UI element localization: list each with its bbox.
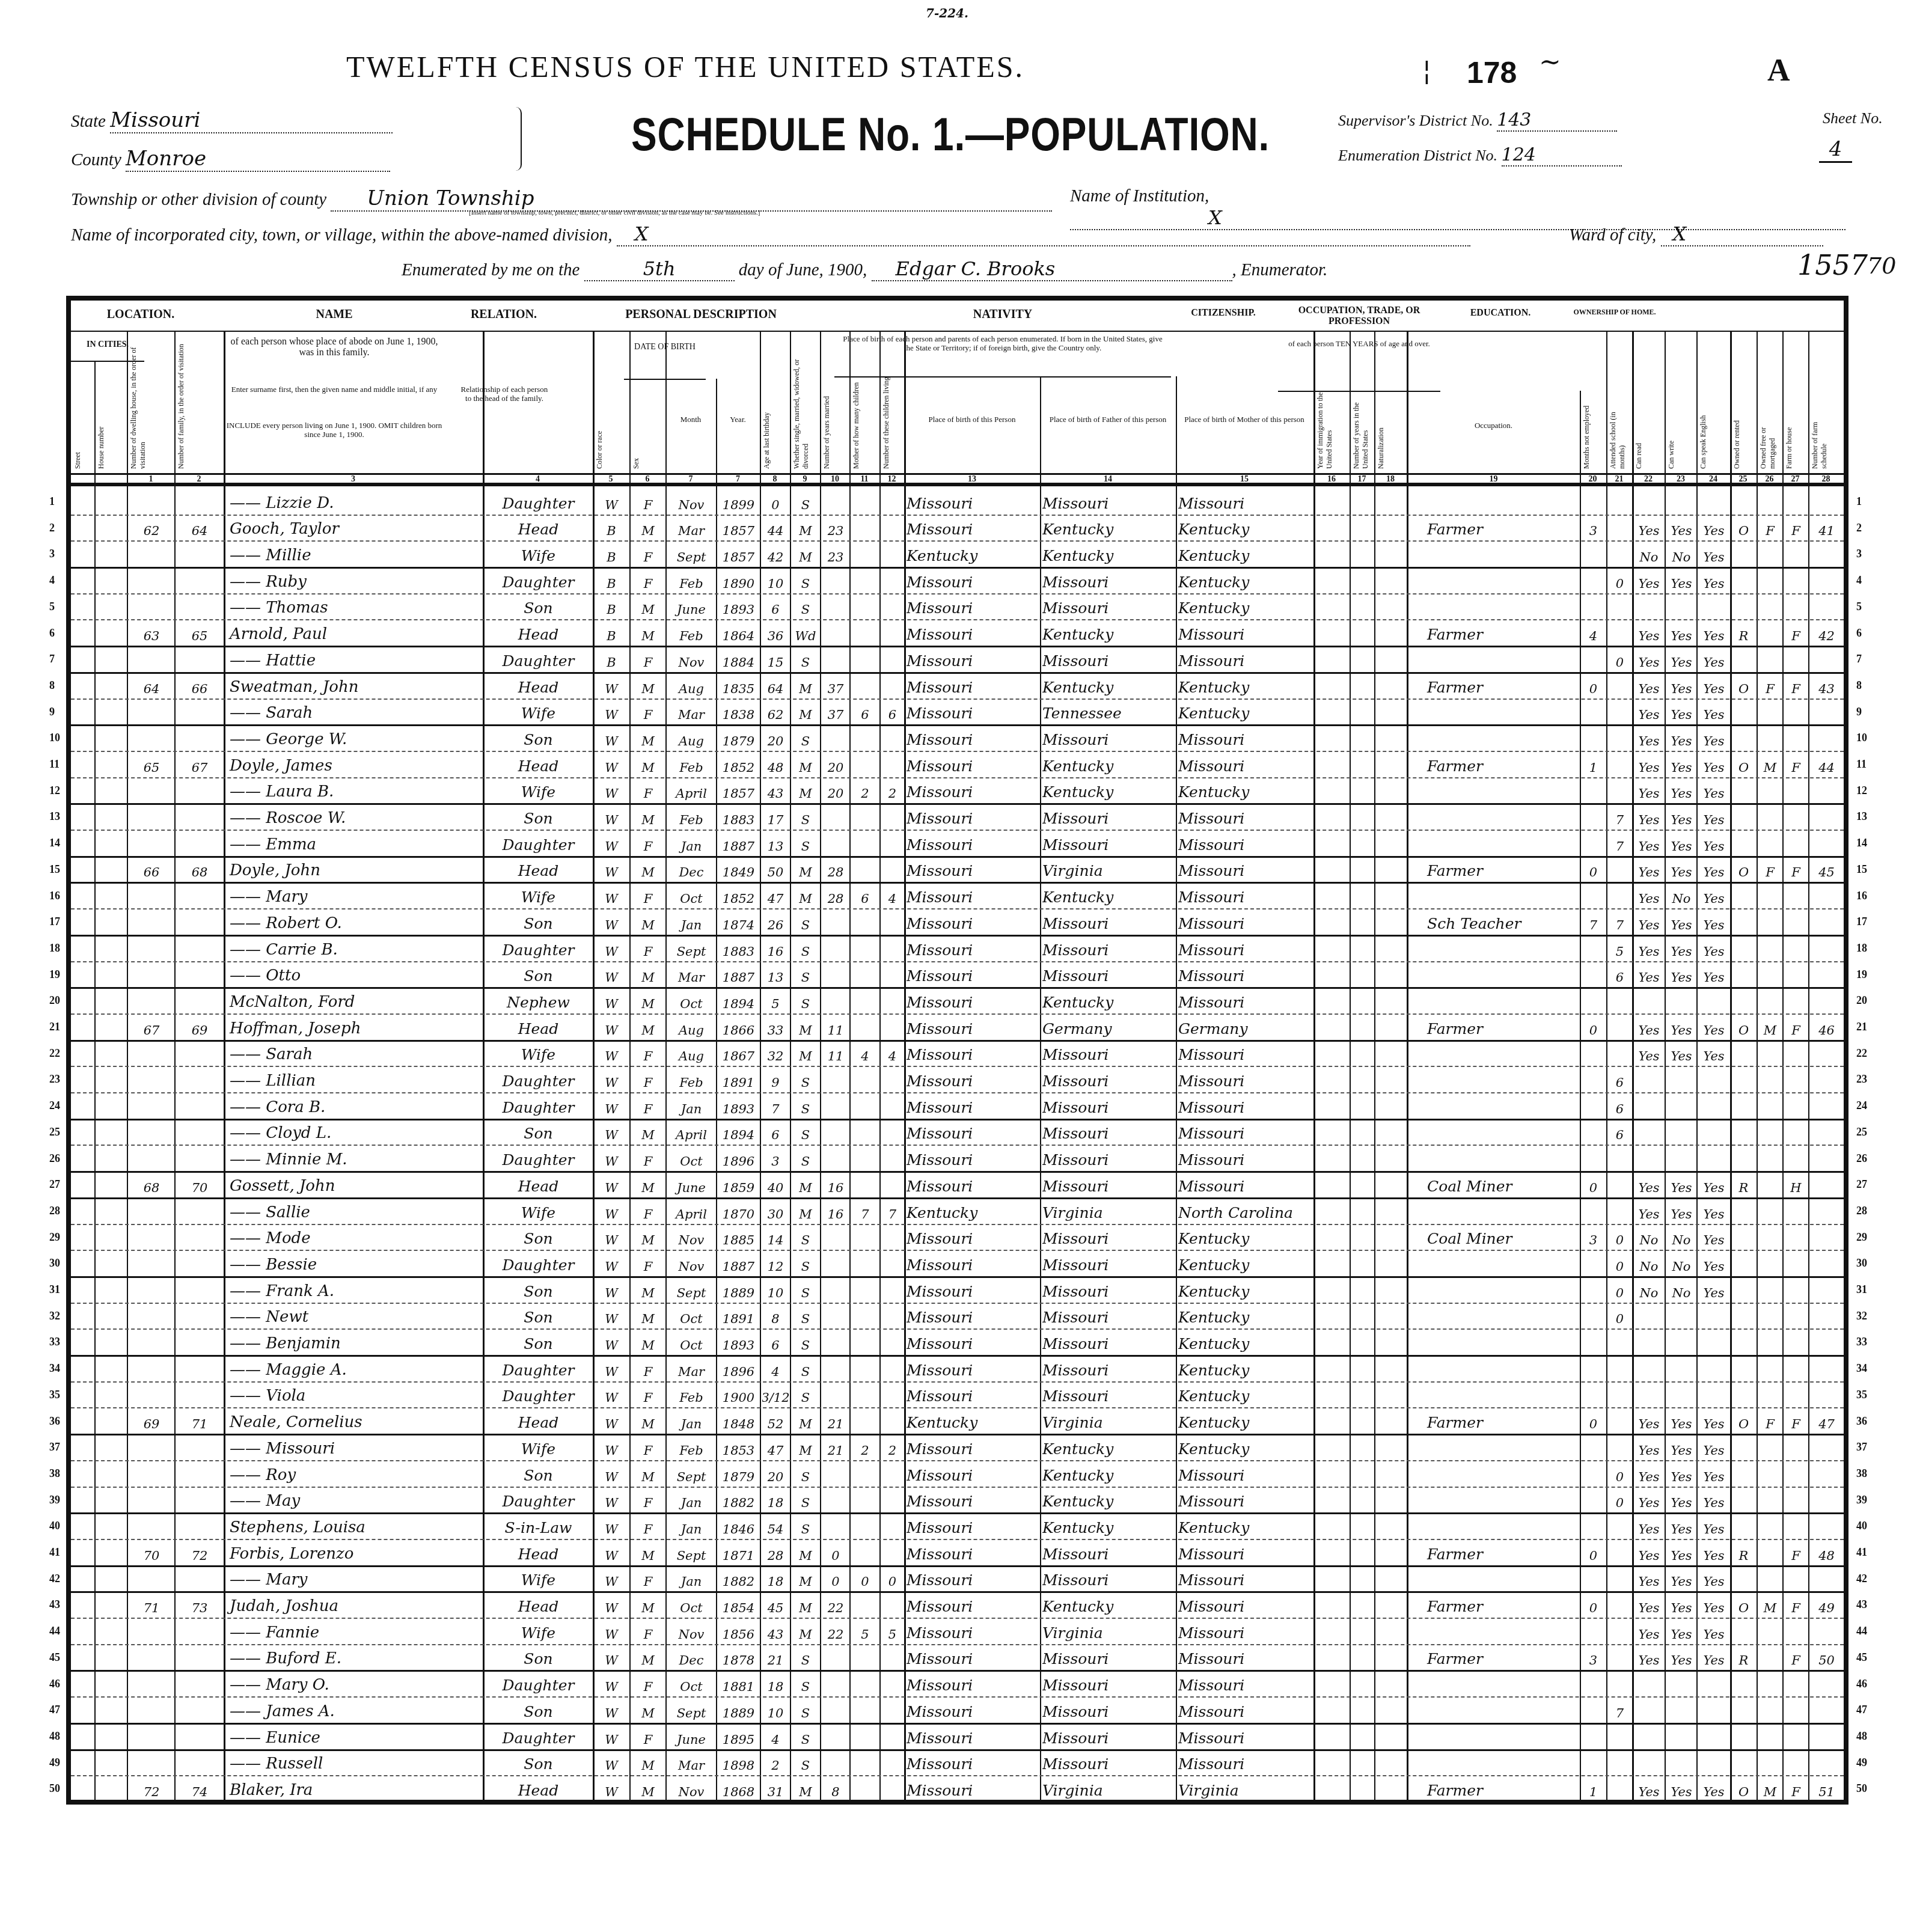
cell-wr: Yes — [1667, 1040, 1696, 1066]
cell-age: 43 — [762, 777, 789, 804]
cell-ms: S — [792, 830, 819, 856]
cell-rel: Wife — [485, 777, 592, 804]
cell-ym — [822, 1487, 849, 1513]
cell-pb: Missouri — [907, 488, 1039, 515]
cell-yus — [1352, 1040, 1373, 1066]
line-number-right: 24 — [1856, 1099, 1867, 1112]
line-number-right: 13 — [1856, 810, 1867, 823]
cell-pb: Missouri — [907, 1381, 1039, 1408]
cell-mon: Jan — [668, 1512, 715, 1539]
cell-age: 62 — [762, 699, 789, 725]
cell-yus — [1352, 1303, 1373, 1329]
cell-dw — [129, 1381, 174, 1408]
cell-pb: Missouri — [907, 1119, 1039, 1145]
cell-fam — [177, 1224, 222, 1250]
cell-nat — [1377, 1119, 1405, 1145]
cell-mon: Oct — [668, 1671, 715, 1697]
cell-occ — [1409, 646, 1579, 672]
cell-rd — [1634, 1723, 1663, 1749]
cell-occ — [1409, 777, 1579, 804]
cell-ms: S — [792, 488, 819, 515]
cell-pb: Missouri — [907, 515, 1039, 541]
cell-sch — [1609, 515, 1631, 541]
group-education: EDUCATION. — [1440, 308, 1561, 319]
cell-mon: Jan — [668, 908, 715, 935]
cell-sex: F — [632, 1512, 664, 1539]
cell-fb: Missouri — [1042, 1224, 1175, 1250]
cell-nat — [1377, 1224, 1405, 1250]
cell-mb: Missouri — [1178, 1487, 1312, 1513]
line-number-right: 6 — [1856, 627, 1862, 640]
cell-pb: Missouri — [907, 1171, 1039, 1197]
cell-pb: Missouri — [907, 751, 1039, 777]
cell-yr: 1889 — [718, 1276, 759, 1303]
cell-mon: Nov — [668, 1775, 715, 1802]
cell-fb: Missouri — [1042, 1355, 1175, 1381]
cell-rd: Yes — [1634, 856, 1663, 882]
cell-sch: 6 — [1609, 1092, 1631, 1119]
line-number-left: 2 — [49, 522, 55, 534]
cell-occ — [1409, 567, 1579, 593]
cell-race: W — [595, 488, 628, 515]
cell-yr: 1893 — [718, 1092, 759, 1119]
cell-fam — [177, 1723, 222, 1749]
cell-nat — [1377, 646, 1405, 672]
cell-mc — [852, 540, 878, 567]
cell-fb: Tennessee — [1042, 699, 1175, 725]
cell-fam — [177, 646, 222, 672]
cell-mon: Nov — [668, 488, 715, 515]
cell-fs — [1811, 699, 1842, 725]
cell-fam — [177, 1487, 222, 1513]
name-include: INCLUDE every person living on June 1, 1… — [222, 421, 446, 439]
cell-yr: 1890 — [718, 567, 759, 593]
column-number: 28 — [1808, 475, 1844, 485]
cell-pb: Missouri — [907, 1565, 1039, 1592]
cell-ms: S — [792, 1723, 819, 1749]
line-number-left: 13 — [49, 810, 60, 823]
cell-fs — [1811, 830, 1842, 856]
cell-own: R — [1732, 1171, 1755, 1197]
cell-rd — [1634, 488, 1663, 515]
cell-age: 3 — [762, 1145, 789, 1172]
cell-yus — [1352, 1224, 1373, 1250]
cell-fs — [1811, 908, 1842, 935]
group-nativity: NATIVITY — [834, 308, 1171, 322]
cell-fm — [1759, 1040, 1781, 1066]
cell-own: O — [1732, 751, 1755, 777]
cell-race: W — [595, 699, 628, 725]
line-number-right: 16 — [1856, 890, 1867, 902]
cell-sch — [1609, 1197, 1631, 1224]
cell-dw — [129, 1197, 174, 1224]
cell-rd: Yes — [1634, 882, 1663, 909]
cell-mb: Missouri — [1178, 935, 1312, 961]
cell-ms: M — [792, 856, 819, 882]
cell-occ: Farmer — [1409, 1408, 1579, 1434]
cell-rd: Yes — [1634, 1408, 1663, 1434]
cell-ms: M — [792, 1197, 819, 1224]
cell-race: W — [595, 1644, 628, 1671]
cell-fam — [177, 1303, 222, 1329]
cell-rd — [1634, 593, 1663, 620]
line-number-right: 9 — [1856, 706, 1862, 718]
cell-race: W — [595, 1171, 628, 1197]
cell-ms: S — [792, 1355, 819, 1381]
cell-fm: M — [1759, 751, 1781, 777]
cell-mne — [1582, 1434, 1604, 1460]
cell-ms: S — [792, 1250, 819, 1276]
cell-name: —— George W. — [226, 724, 482, 751]
cell-cl — [882, 593, 903, 620]
divider-mark: ¦ — [1422, 55, 1431, 86]
cell-yr: 1882 — [718, 1487, 759, 1513]
line-number-left: 16 — [49, 890, 60, 902]
cell-ym — [822, 1749, 849, 1776]
cell-mon: Feb — [668, 1066, 715, 1092]
cell-mb: Missouri — [1178, 1092, 1312, 1119]
cell-ym — [822, 1119, 849, 1145]
population-schedule-table: LOCATION. IN CITIES. NAME of each person… — [66, 296, 1848, 1805]
cell-pb: Kentucky — [907, 1197, 1039, 1224]
cell-name: —— Fannie — [226, 1618, 482, 1644]
cell-mne — [1582, 830, 1604, 856]
cell-rel: Wife — [485, 1040, 592, 1066]
line-number-left: 33 — [49, 1336, 60, 1348]
cell-yus — [1352, 1434, 1373, 1460]
cell-name: —— Lillian — [226, 1066, 482, 1092]
cell-fb: Kentucky — [1042, 1460, 1175, 1487]
cell-mb: Germany — [1178, 1013, 1312, 1040]
cell-yr: 1864 — [718, 620, 759, 646]
cell-mc — [852, 1276, 878, 1303]
ward-value: X — [1661, 222, 1823, 246]
cell-sch: 7 — [1609, 803, 1631, 830]
sheet-number-value: 4 — [1819, 137, 1852, 163]
cell-yr: 1856 — [718, 1618, 759, 1644]
cell-yr: 1867 — [718, 1040, 759, 1066]
cell-ym — [822, 1512, 849, 1539]
cell-fb: Missouri — [1042, 488, 1175, 515]
cell-cl: 7 — [882, 1197, 903, 1224]
cell-name: Forbis, Lorenzo — [226, 1539, 482, 1565]
city-value: X — [617, 222, 1470, 246]
state-field: State Missouri — [71, 108, 393, 133]
cell-fam — [177, 1671, 222, 1697]
cell-nat — [1377, 856, 1405, 882]
cell-race: B — [595, 593, 628, 620]
cell-ym — [822, 1696, 849, 1723]
cell-dw — [129, 1512, 174, 1539]
cell-mon: Feb — [668, 803, 715, 830]
cell-sex: M — [632, 856, 664, 882]
cell-ym: 37 — [822, 699, 849, 725]
cell-yr: 1854 — [718, 1591, 759, 1618]
cell-own — [1732, 593, 1755, 620]
cell-fs — [1811, 1618, 1842, 1644]
cell-nat — [1377, 987, 1405, 1013]
cell-yus — [1352, 1723, 1373, 1749]
cell-age: 10 — [762, 1696, 789, 1723]
cell-rel: Wife — [485, 540, 592, 567]
margin-note: 1557 — [1797, 249, 1868, 281]
cell-fm — [1759, 908, 1781, 935]
cell-ms: S — [792, 1119, 819, 1145]
cell-fh — [1785, 1618, 1807, 1644]
table-row: 7072Forbis, LorenzoHeadWMSept187128M0Mis… — [71, 1539, 1844, 1567]
cell-yus — [1352, 1408, 1373, 1434]
cell-cl — [882, 803, 903, 830]
cell-yr: 1887 — [718, 830, 759, 856]
cell-own — [1732, 830, 1755, 856]
cell-fs: 51 — [1811, 1775, 1842, 1802]
cell-mc: 4 — [852, 1040, 878, 1066]
cell-occ — [1409, 724, 1579, 751]
cell-mne — [1582, 1618, 1604, 1644]
cell-mne — [1582, 1092, 1604, 1119]
cell-mc: 7 — [852, 1197, 878, 1224]
cell-sch — [1609, 1539, 1631, 1565]
cell-ms: S — [792, 1460, 819, 1487]
column-number: 8 — [760, 475, 790, 485]
line-number-left: 29 — [49, 1231, 60, 1244]
line-number-left: 7 — [49, 653, 55, 665]
line-number-left: 36 — [49, 1415, 60, 1428]
cell-yus — [1352, 1696, 1373, 1723]
cell-dw: 67 — [129, 1013, 174, 1040]
cell-mc: 6 — [852, 699, 878, 725]
cell-ym — [822, 1276, 849, 1303]
cell-mne — [1582, 803, 1604, 830]
cell-dw: 65 — [129, 751, 174, 777]
cell-mb: Missouri — [1178, 1539, 1312, 1565]
cell-fam — [177, 1250, 222, 1276]
cell-fb: Kentucky — [1042, 1487, 1175, 1513]
cell-fs — [1811, 1171, 1842, 1197]
cell-occ — [1409, 1119, 1579, 1145]
sheet-letter: A — [1767, 53, 1790, 88]
cell-ym — [822, 1092, 849, 1119]
cell-imm — [1316, 1671, 1348, 1697]
cell-pb: Kentucky — [907, 540, 1039, 567]
cell-own — [1732, 1303, 1755, 1329]
cell-en — [1699, 1328, 1729, 1355]
cell-ym — [822, 987, 849, 1013]
cell-yr: 1894 — [718, 987, 759, 1013]
cell-rel: Head — [485, 672, 592, 699]
state-value: Missouri — [110, 108, 393, 133]
cell-fh — [1785, 1723, 1807, 1749]
cell-yus — [1352, 724, 1373, 751]
cell-fam: 70 — [177, 1171, 222, 1197]
cell-age: 10 — [762, 1276, 789, 1303]
cell-fs — [1811, 1066, 1842, 1092]
cell-fam — [177, 961, 222, 988]
column-header-label: Attended school (in months) — [1609, 397, 1630, 469]
cell-mne: 0 — [1582, 1171, 1604, 1197]
cell-dw — [129, 908, 174, 935]
cell-yr: 1835 — [718, 672, 759, 699]
cell-own — [1732, 1381, 1755, 1408]
cell-own — [1732, 1119, 1755, 1145]
cell-name: —— Roy — [226, 1460, 482, 1487]
cell-mne — [1582, 699, 1604, 725]
cell-fb: Missouri — [1042, 908, 1175, 935]
cell-fam — [177, 830, 222, 856]
cell-age: 20 — [762, 1460, 789, 1487]
cell-own: O — [1732, 1013, 1755, 1040]
cell-mon: Mar — [668, 961, 715, 988]
cell-ms: M — [792, 777, 819, 804]
cell-fh: F — [1785, 1775, 1807, 1802]
cell-cl — [882, 1276, 903, 1303]
cell-rel: Daughter — [485, 646, 592, 672]
cell-nat — [1377, 540, 1405, 567]
cell-name: —— Millie — [226, 540, 482, 567]
cell-sch — [1609, 1644, 1631, 1671]
cell-rd — [1634, 1145, 1663, 1172]
cell-mc — [852, 1775, 878, 1802]
cell-en — [1699, 1381, 1729, 1408]
cell-sex: F — [632, 830, 664, 856]
line-number-left: 21 — [49, 1021, 60, 1033]
cell-nat — [1377, 803, 1405, 830]
cell-rd: No — [1634, 1250, 1663, 1276]
cell-cl — [882, 567, 903, 593]
cell-rd — [1634, 1696, 1663, 1723]
cell-name: —— Minnie M. — [226, 1145, 482, 1172]
cell-mne — [1582, 1145, 1604, 1172]
cell-name: —— May — [226, 1487, 482, 1513]
enumeration-district-value: 124 — [1502, 144, 1622, 167]
cell-mb: Kentucky — [1178, 1512, 1312, 1539]
cell-imm — [1316, 908, 1348, 935]
cell-wr — [1667, 1092, 1696, 1119]
cell-sex: F — [632, 1040, 664, 1066]
cell-fm — [1759, 1671, 1781, 1697]
cell-dw — [129, 830, 174, 856]
cell-mb: Missouri — [1178, 1171, 1312, 1197]
cell-yr: 1857 — [718, 777, 759, 804]
cell-ms: S — [792, 987, 819, 1013]
cell-dw — [129, 882, 174, 909]
cell-fm — [1759, 1119, 1781, 1145]
cell-imm — [1316, 830, 1348, 856]
cell-race: B — [595, 567, 628, 593]
cell-rel: Son — [485, 1749, 592, 1776]
cell-yus — [1352, 751, 1373, 777]
cell-mne — [1582, 1276, 1604, 1303]
cell-yr: 1898 — [718, 1749, 759, 1776]
cell-ms: M — [792, 1171, 819, 1197]
cell-sch — [1609, 1775, 1631, 1802]
cell-pb: Missouri — [907, 620, 1039, 646]
cell-mb: Missouri — [1178, 1591, 1312, 1618]
cell-ms: S — [792, 961, 819, 988]
cell-fm: F — [1759, 515, 1781, 541]
cell-ms: M — [792, 1013, 819, 1040]
cell-nat — [1377, 1696, 1405, 1723]
cell-fam: 66 — [177, 672, 222, 699]
cell-fb: Virginia — [1042, 1408, 1175, 1434]
cell-yr: 1891 — [718, 1303, 759, 1329]
line-number-left: 48 — [49, 1730, 60, 1743]
cell-race: W — [595, 1460, 628, 1487]
cell-sex: M — [632, 1749, 664, 1776]
cell-imm — [1316, 1723, 1348, 1749]
cell-wr: Yes — [1667, 803, 1696, 830]
cell-mne — [1582, 987, 1604, 1013]
cell-mc — [852, 935, 878, 961]
cell-sex: M — [632, 515, 664, 541]
cell-mc — [852, 751, 878, 777]
cell-imm — [1316, 803, 1348, 830]
group-header-divider — [71, 331, 1848, 332]
cell-mc — [852, 488, 878, 515]
cell-yr: 1857 — [718, 515, 759, 541]
cell-fb: Missouri — [1042, 1565, 1175, 1592]
group-relation: RELATION. — [453, 308, 554, 322]
cell-mne: 1 — [1582, 1775, 1604, 1802]
cell-cl — [882, 908, 903, 935]
cell-name: —— Benjamin — [226, 1328, 482, 1355]
cell-wr — [1667, 1066, 1696, 1092]
cell-fs — [1811, 1696, 1842, 1723]
table-row: —— LillianDaughterWFFeb18919SMissouriMis… — [71, 1066, 1844, 1093]
cell-yr: 1868 — [718, 1775, 759, 1802]
cell-ms: M — [792, 1539, 819, 1565]
line-number-left: 23 — [49, 1073, 60, 1086]
cell-sch — [1609, 856, 1631, 882]
cell-rel: Head — [485, 856, 592, 882]
cell-en: Yes — [1699, 1775, 1729, 1802]
cell-cl — [882, 620, 903, 646]
cell-en — [1699, 1066, 1729, 1092]
line-number-right: 48 — [1856, 1730, 1867, 1743]
cell-mc — [852, 1145, 878, 1172]
cell-fs — [1811, 882, 1842, 909]
cell-cl — [882, 1512, 903, 1539]
cell-age: 5 — [762, 987, 789, 1013]
cell-ym — [822, 830, 849, 856]
cell-dw — [129, 1487, 174, 1513]
cell-rel: Daughter — [485, 1145, 592, 1172]
cell-mb: Missouri — [1178, 1671, 1312, 1697]
cell-yr: 1879 — [718, 1460, 759, 1487]
cell-mb: Kentucky — [1178, 1328, 1312, 1355]
cell-pb: Missouri — [907, 1066, 1039, 1092]
cell-en: Yes — [1699, 751, 1729, 777]
cell-own — [1732, 724, 1755, 751]
cell-pb: Kentucky — [907, 1408, 1039, 1434]
cell-sch — [1609, 1145, 1631, 1172]
cell-fs — [1811, 1040, 1842, 1066]
cell-race: W — [595, 1197, 628, 1224]
cell-sch: 0 — [1609, 1487, 1631, 1513]
cell-mc — [852, 987, 878, 1013]
cell-rd: Yes — [1634, 567, 1663, 593]
cell-yus — [1352, 1328, 1373, 1355]
cell-occ — [1409, 1355, 1579, 1381]
cell-dw — [129, 987, 174, 1013]
cell-occ — [1409, 1276, 1579, 1303]
cell-fh — [1785, 935, 1807, 961]
cell-nat — [1377, 1066, 1405, 1092]
cell-rd — [1634, 1119, 1663, 1145]
column-header-label: Naturalization — [1377, 385, 1404, 469]
cell-imm — [1316, 1696, 1348, 1723]
cell-rel: Son — [485, 961, 592, 988]
